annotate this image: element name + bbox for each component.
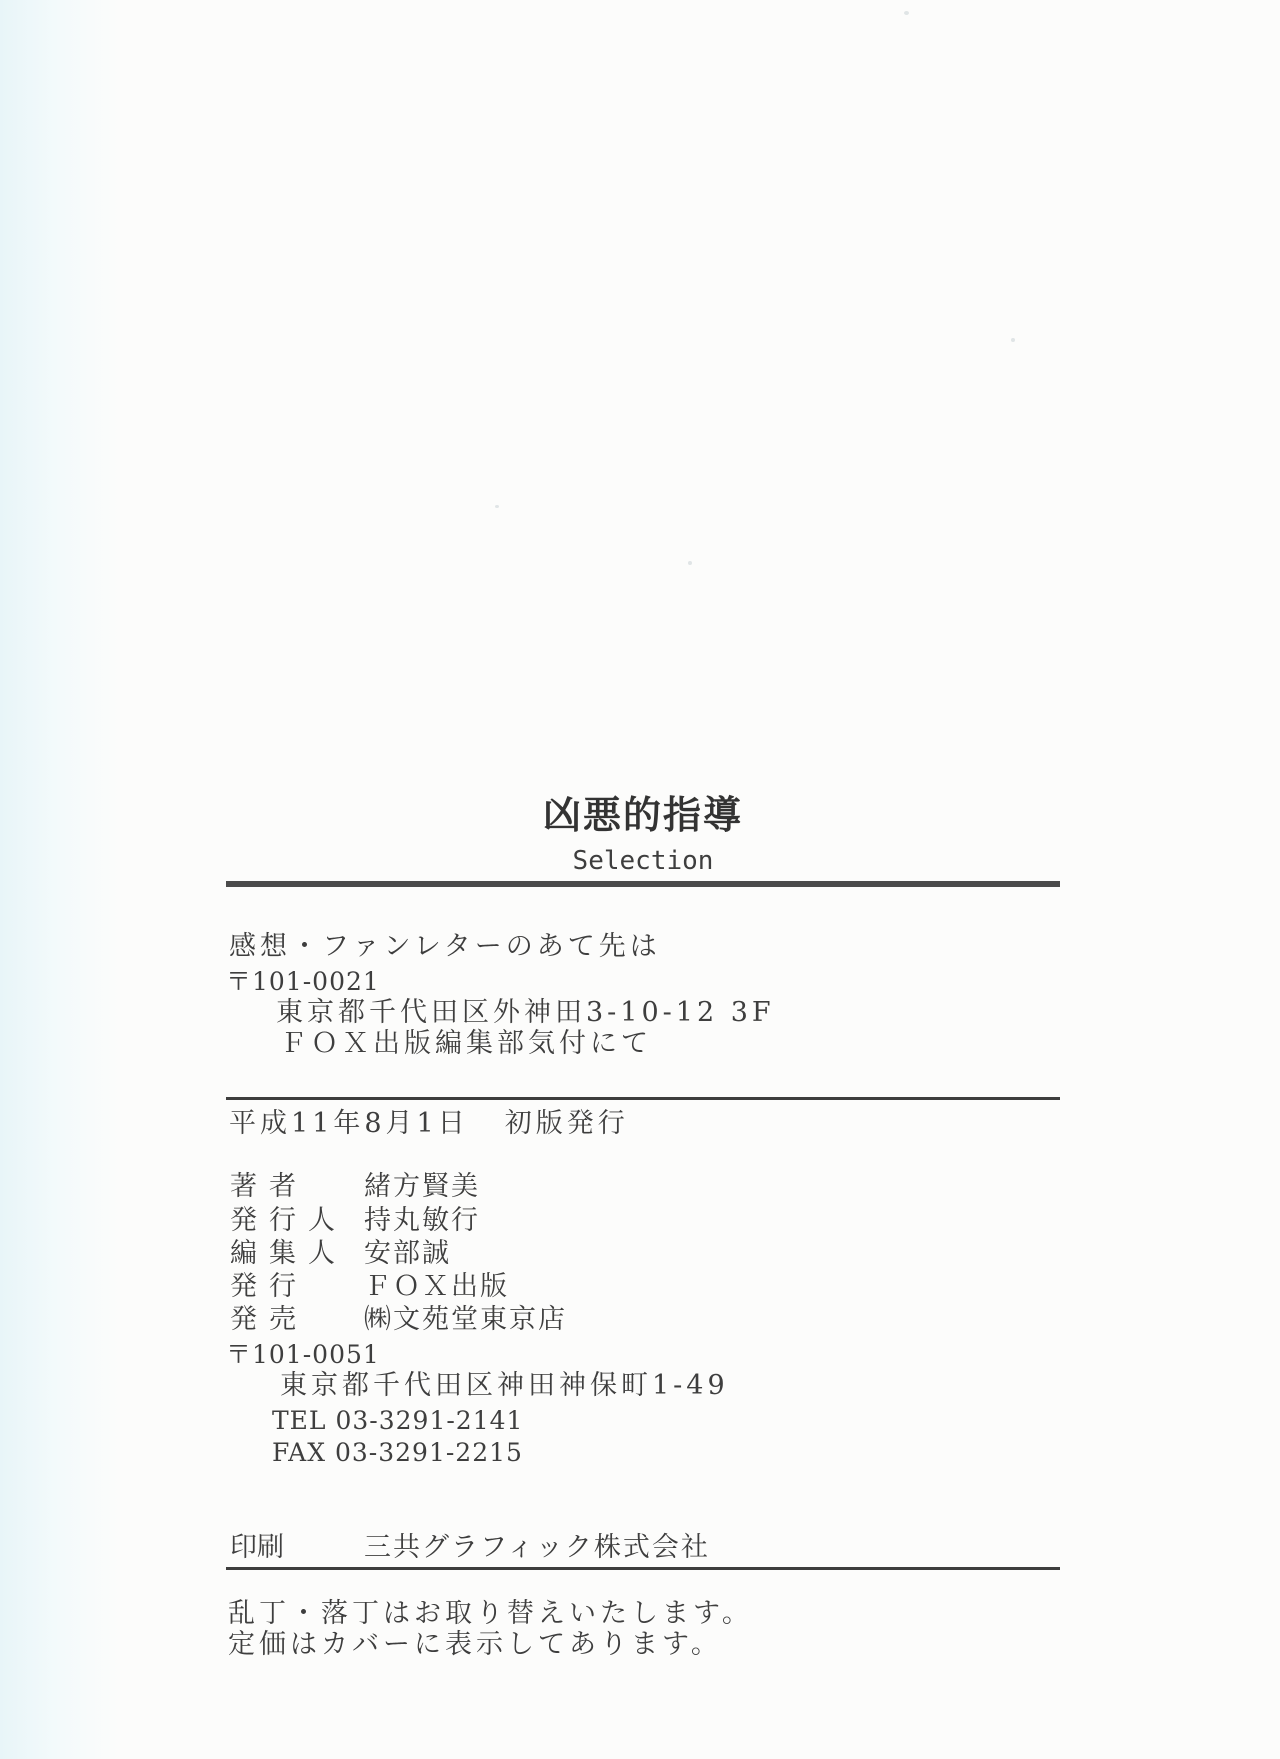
divider-top [226,881,1060,887]
divider-bottom [226,1567,1060,1570]
printer-row: 印刷三共グラフィック株式会社 [230,1534,710,1561]
row-value: 安部誠 [364,1238,451,1269]
row-value: 緒方賢美 [364,1171,480,1202]
divider-middle [226,1097,1060,1100]
notice-misprint: 乱丁・落丁はお取り替えいたします。 [228,1600,753,1627]
fan-letter-care-of: ＦＯＸ出版編集部気付にて [280,1030,652,1057]
printer-label: 印刷 [230,1534,364,1561]
edition-date: 平成11年8月1日 [229,1108,469,1139]
colophon-page: 凶悪的指導 Selection 感想・ファンレターのあて先は 〒101-0021… [0,0,1280,1759]
row-value: ㈱文苑堂東京店 [364,1304,567,1335]
colophon-row-publisher-person: 発行人持丸敏行 [230,1207,480,1234]
row-value: 持丸敏行 [364,1205,480,1236]
colophon-row-editor: 編集人安部誠 [230,1240,451,1267]
colophon-row-publisher: 発行ＦＯＸ出版 [230,1273,509,1300]
printer-value: 三共グラフィック株式会社 [364,1532,710,1563]
publisher-tel: TEL 03-3291-2141 [272,1408,523,1433]
publisher-postal-code: 〒101-0051 [226,1342,380,1367]
row-label: 著者 [230,1173,364,1200]
scan-left-tint [0,0,120,1759]
fan-letter-heading: 感想・ファンレターのあて先は [229,933,661,960]
row-label: 発売 [230,1306,364,1333]
row-value: ＦＯＸ出版 [364,1271,509,1302]
colophon-row-author: 著者緒方賢美 [230,1173,480,1200]
fan-letter-address: 東京都千代田区外神田3-10-12 3F [276,999,775,1026]
publisher-address: 東京都千代田区神田神保町1-49 [280,1372,729,1399]
scan-speck [688,561,692,565]
notice-price: 定価はカバーに表示してあります。 [228,1631,722,1658]
scan-speck [1011,338,1015,342]
scan-speck [495,505,499,508]
colophon-row-distributor: 発売㈱文苑堂東京店 [230,1306,567,1333]
page-title: 凶悪的指導 [226,796,1060,834]
fan-letter-postal-code: 〒101-0021 [226,969,380,994]
edition-printing: 初版発行 [505,1108,629,1139]
row-label: 発行 [230,1273,364,1300]
row-label: 編集人 [230,1240,364,1267]
publisher-fax: FAX 03-3291-2215 [272,1440,523,1465]
edition-date-line: 平成11年8月1日初版発行 [229,1110,629,1137]
row-label: 発行人 [230,1207,364,1234]
page-subtitle: Selection [226,848,1060,874]
scan-speck [904,11,909,15]
